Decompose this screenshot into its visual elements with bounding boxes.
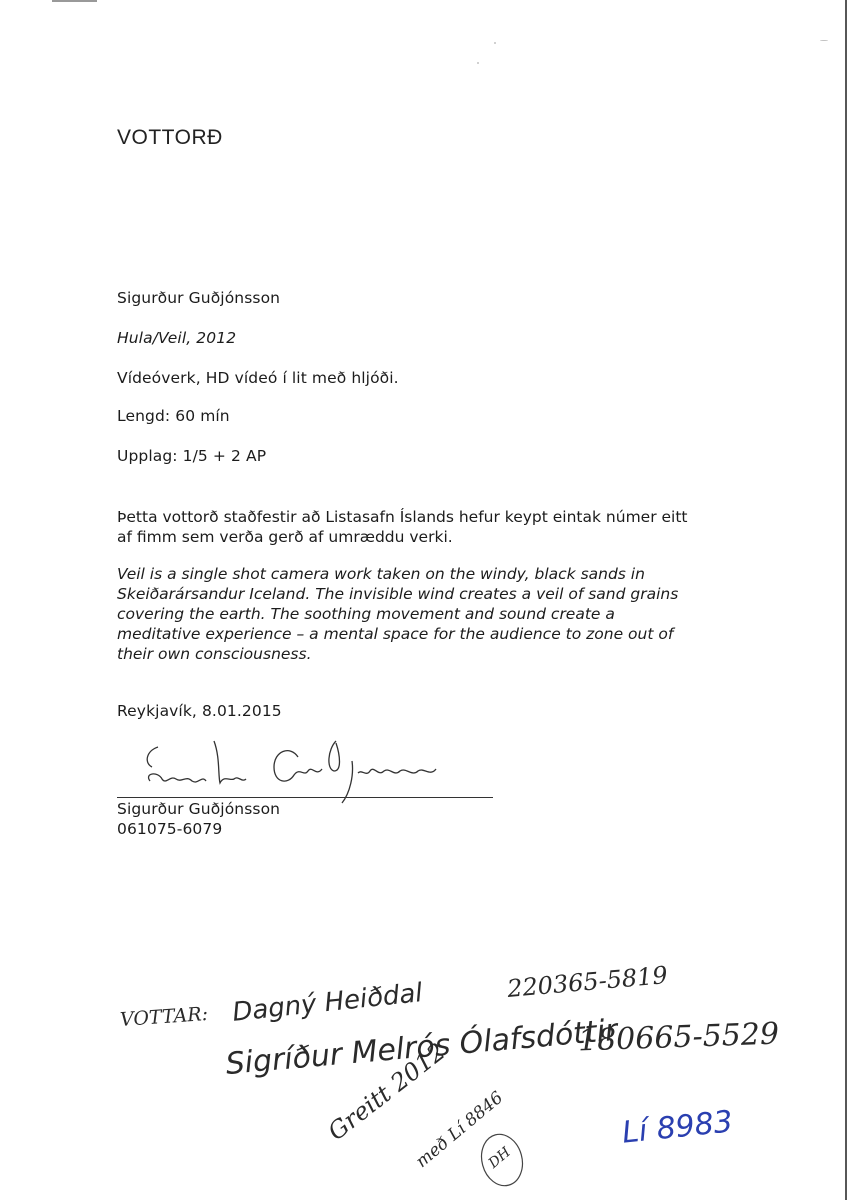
witnesses-label: VOTTAR:: [119, 1003, 208, 1031]
signatory-id: 061075-6079: [117, 820, 222, 838]
scan-speck: [820, 40, 828, 41]
length: Lengd: 60 mín: [117, 407, 230, 425]
medium: Vídeóverk, HD vídeó í lit með hljóði.: [117, 369, 399, 387]
certification-line: af fimm sem verða gerð af umræddu verki.: [117, 527, 688, 547]
witness-1-id: 220365-5819: [506, 961, 669, 1003]
description-line: meditative experience – a mental space f…: [117, 624, 678, 644]
scan-speck: [494, 42, 496, 44]
witness-2-id: 180665-5529: [577, 1017, 779, 1059]
certification-line: Þetta vottorð staðfestir að Listasafn Ís…: [117, 507, 688, 527]
certification-paragraph: Þetta vottorð staðfestir að Listasafn Ís…: [117, 507, 688, 547]
artist-name: Sigurður Guðjónsson: [117, 289, 280, 307]
description-line: their own consciousness.: [117, 644, 678, 664]
description-line: covering the earth. The soothing movemen…: [117, 604, 678, 624]
catalog-number: Lí 8983: [620, 1104, 734, 1150]
description-line: Skeiðarársandur Iceland. The invisible w…: [117, 584, 678, 604]
signature-line: [117, 797, 493, 798]
document-title: VOTTORÐ: [117, 126, 223, 150]
description-line: Veil is a single shot camera work taken …: [117, 564, 678, 584]
witness-1-name: Dagný Heiðdal: [231, 978, 424, 1028]
description-paragraph: Veil is a single shot camera work taken …: [117, 564, 678, 664]
scan-edge-right: [845, 0, 847, 1200]
edition: Upplag: 1/5 + 2 AP: [117, 447, 266, 465]
signatory-name: Sigurður Guðjónsson: [117, 800, 280, 818]
work-title: Hula/Veil, 2012: [117, 329, 236, 347]
scan-speck: [477, 62, 479, 64]
place-and-date: Reykjavík, 8.01.2015: [117, 702, 282, 720]
scan-edge-top: [52, 0, 97, 2]
scanned-document-page: VOTTORÐ Sigurður Guðjónsson Hula/Veil, 2…: [0, 0, 849, 1200]
